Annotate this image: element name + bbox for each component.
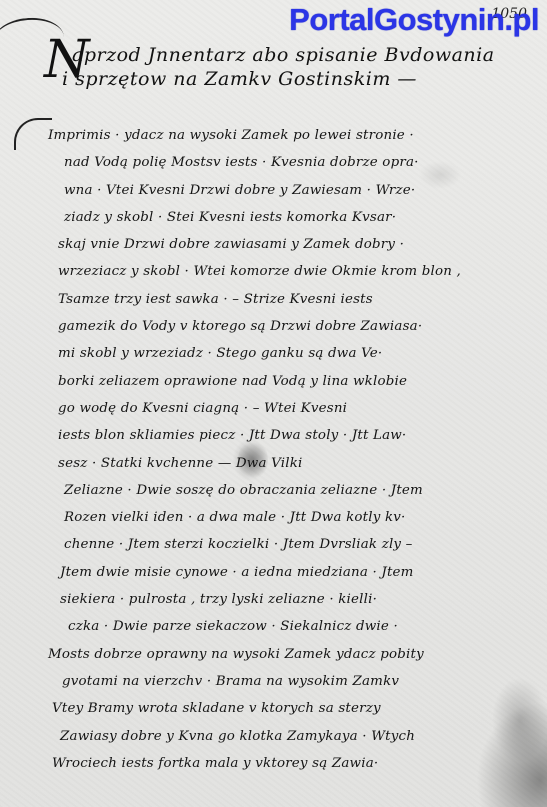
title-initial-letter: N (44, 34, 90, 86)
text-line: siekiera · pulrosta , trzy lyski zeliazn… (60, 586, 536, 613)
text-line: wrzeziacz y skobl · Wtei komorze dwie Ok… (58, 258, 536, 285)
text-line: Rozen vielki iden · a dwa male · Jtt Dwa… (64, 504, 536, 531)
text-line: gvotami na vierzchv · Brama na wysokim Z… (62, 668, 536, 695)
text-line: Mosts dobrze oprawny na wysoki Zamek yda… (48, 641, 536, 668)
text-line: Wrociech iests fortka mala y vktorey są … (52, 750, 536, 777)
text-line: Tsamze trzy iest sawka · – Strize Kvesni… (58, 286, 536, 313)
text-line: Zeliazne · Dwie soszę do obraczania zeli… (64, 477, 536, 504)
text-line: Vtey Bramy wrota skladane v ktorych sa s… (52, 695, 536, 722)
text-line: Imprimis · ydacz na wysoki Zamek po lewe… (48, 122, 536, 149)
text-line: Jtem dwie misie cynowe · a iedna miedzia… (60, 559, 536, 586)
text-line: czka · Dwie parze siekaczow · Siekalnicz… (68, 613, 536, 640)
title-line-2: i sprzętow na Zamkv Gostinskim — (44, 68, 534, 90)
text-line: chenne · Jtem sterzi koczielki · Jtem Dv… (64, 531, 536, 558)
text-line: borki zeliazem oprawione nad Vodą y lina… (58, 368, 536, 395)
text-line: iests blon skliamies piecz · Jtt Dwa sto… (58, 422, 536, 449)
text-line: Zawiasy dobre y Kvna go klotka Zamykaya … (60, 723, 536, 750)
text-line: wna · Vtei Kvesni Drzwi dobre y Zawiesam… (64, 177, 536, 204)
text-line: mi skobl y wrzeziadz · Stego ganku są dw… (58, 340, 536, 367)
text-line: gamezik do Vody v ktorego są Drzwi dobre… (58, 313, 536, 340)
text-line: sesz · Statki kvchenne — Dwa Vilki (58, 450, 536, 477)
decorative-bracket (14, 118, 52, 150)
title-line-1: aprzod Jnnentarz abo spisanie Bvdowania (44, 44, 534, 66)
text-line: skaj vnie Drzwi dobre zawiasami y Zamek … (58, 231, 536, 258)
manuscript-page: PortalGostynin.pl 1050 N aprzod Jnnentar… (0, 0, 547, 807)
text-line: nad Vodą polię Mostsv iests · Kvesnia do… (64, 149, 536, 176)
text-line: go wodę do Kvesni ciagną · – Wtei Kvesni (58, 395, 536, 422)
document-title: N aprzod Jnnentarz abo spisanie Bvdowani… (44, 34, 534, 90)
text-line: ziadz y skobl · Stei Kvesni iests komork… (64, 204, 536, 231)
manuscript-body: Imprimis · ydacz na wysoki Zamek po lewe… (56, 122, 536, 777)
site-watermark: PortalGostynin.pl (289, 2, 539, 38)
